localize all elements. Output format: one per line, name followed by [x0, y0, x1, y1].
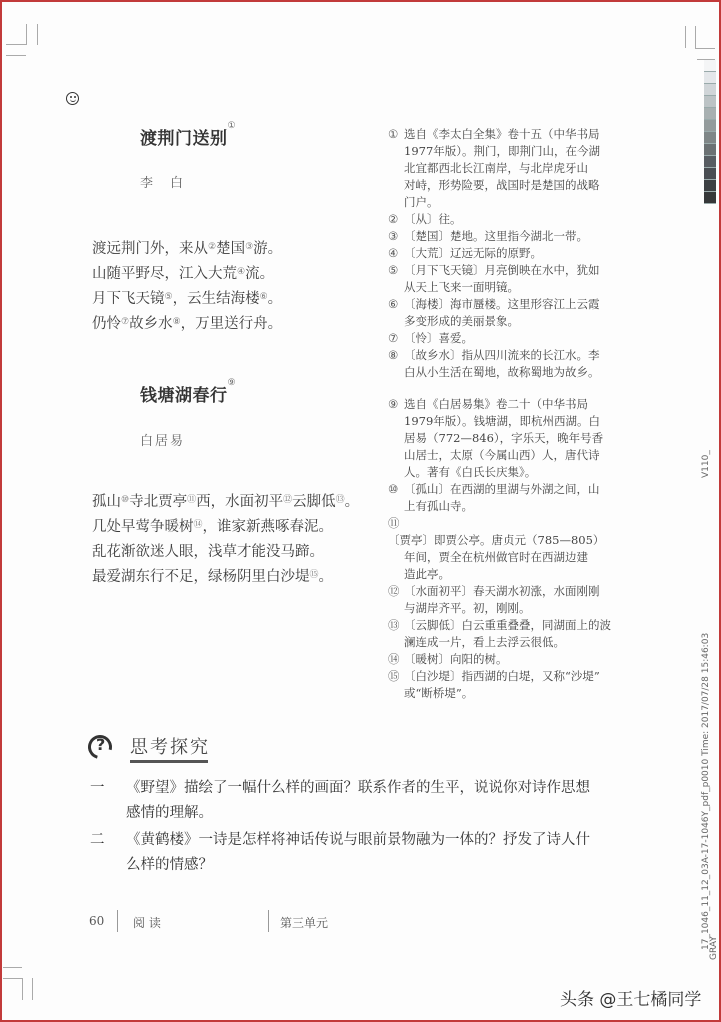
footnote: ⑬〔云脚低〕白云重重叠叠，同湖面上的波澜连成一片，看上去浮云很低。: [388, 617, 616, 651]
color-mode-mark: GRAY: [709, 936, 719, 960]
footnotes-poem1: ①选自《李太白全集》卷十五（中华书局1977年版）。荆门，即荆门山，在今湖北宜都…: [388, 126, 616, 381]
smiley-icon: [66, 92, 79, 105]
section-title: 思考探究: [130, 733, 210, 759]
poem2-title: 钱塘湖春行⑨: [140, 381, 236, 406]
poem1-title: 渡荆门送别①: [140, 124, 236, 149]
poem2-title-text: 钱塘湖春行: [140, 386, 228, 406]
watermark: 头条 @王七橘同学: [560, 985, 701, 1010]
footnote: ⑩〔孤山〕在西湖的里湖与外湖之间，山上有孤山寺。: [388, 481, 616, 515]
poem-line: 仍怜⑦故乡水⑧，万里送行舟。: [92, 312, 282, 337]
crop-mark: [695, 26, 696, 48]
poem-line: 山随平野尽，江入大荒④流。: [92, 262, 282, 287]
footnote: ⑪〔贾亭〕即贾公亭。唐贞元（785—805）年间，贾全在杭州做官时在西湖边建造此…: [388, 515, 616, 583]
question-item: 二 《黄鹤楼》一诗是怎样将神话传说与眼前景物融为一体的？抒发了诗人什 么样的情感…: [90, 828, 610, 878]
crop-mark: [3, 967, 22, 968]
footer-divider: [117, 910, 118, 932]
poem-line: 渡远荆门外，来从②楚国③游。: [92, 237, 282, 262]
footnote: ⑥〔海楼〕海市蜃楼。这里形容江上云霞多变形成的美丽景象。: [388, 296, 616, 330]
poem2-author: 白居易: [140, 430, 185, 449]
question-mark-glyph: ?: [96, 735, 105, 754]
crop-mark: [37, 24, 38, 45]
poem1-author: 李 白: [140, 172, 185, 191]
footnotes-poem2: ⑨选自《白居易集》卷二十（中华书局1979年版）。钱塘湖，即杭州西湖。白居易（7…: [388, 396, 616, 702]
footnote: ⑭〔暖树〕向阳的树。: [388, 651, 616, 668]
crop-mark: [6, 55, 26, 56]
poem-line: 几处早莺争暖树⑭，谁家新燕啄春泥。: [92, 515, 359, 540]
footnote: ⑦〔怜〕喜爱。: [388, 330, 616, 347]
print-job-info: 17_1046_11_12_03A-17-1046Y_pdf_p0010 Tim…: [701, 633, 711, 950]
footnote-ref: ⑨: [228, 378, 237, 388]
footer-divider: [268, 910, 269, 932]
poem-line: 乱花渐欲迷人眼，浅草才能没马蹄。: [92, 540, 359, 565]
crop-mark: [32, 978, 33, 1000]
footnote: ⑫〔水面初平〕春天湖水初涨，水面刚刚与湖岸齐平。初，刚刚。: [388, 583, 616, 617]
crop-mark: [22, 978, 23, 1000]
question-item: 一 《野望》描绘了一幅什么样的画面？联系作者的生平，说说你对诗作思想 感情的理解…: [90, 776, 610, 826]
crop-mark: [26, 24, 27, 45]
footnote: ⑤〔月下飞天镜〕月亮倒映在水中，犹如从天上飞来一面明镜。: [388, 262, 616, 296]
poem-line: 最爱湖东行不足，绿杨阴里白沙堤⑮。: [92, 565, 359, 590]
crop-mark: [695, 48, 715, 49]
section-underline: [130, 760, 208, 763]
poem-line: 孤山⑩寺北贾亭⑪西，水面初平⑫云脚低⑬。: [92, 490, 359, 515]
footnote: ⑧〔故乡水〕指从四川流来的长江水。李白从小生活在蜀地，故称蜀地为故乡。: [388, 347, 616, 381]
footnote: ④〔大荒〕辽远无际的原野。: [388, 245, 616, 262]
question-list: 一 《野望》描绘了一幅什么样的画面？联系作者的生平，说说你对诗作思想 感情的理解…: [90, 776, 610, 878]
footnote: ②〔从〕往。: [388, 211, 616, 228]
footnote: ①选自《李太白全集》卷十五（中华书局1977年版）。荆门，即荆门山，在今湖北宜都…: [388, 126, 616, 211]
footnote-ref: ①: [228, 121, 237, 131]
poem1-title-text: 渡荆门送别: [140, 129, 228, 149]
footnote: ⑮〔白沙堤〕指西湖的白堤，又称“沙堤”或“断桥堤”。: [388, 668, 616, 702]
footer-section: 阅 读: [133, 914, 161, 931]
footer-unit: 第三单元: [280, 914, 328, 931]
crop-mark: [685, 26, 686, 48]
poem-line: 月下飞天镜⑤，云生结海楼⑥。: [92, 287, 282, 312]
crop-mark: [6, 44, 26, 45]
version-mark: V110_: [701, 450, 711, 478]
footnote: ⑨选自《白居易集》卷二十（中华书局1979年版）。钱塘湖，即杭州西湖。白居易（7…: [388, 396, 616, 481]
footnote: ③〔楚国〕楚地。这里指今湖北一带。: [388, 228, 616, 245]
poem2-body: 孤山⑩寺北贾亭⑪西，水面初平⑫云脚低⑬。 几处早莺争暖树⑭，谁家新燕啄春泥。 乱…: [92, 490, 359, 590]
crop-mark: [3, 978, 22, 979]
poem1-body: 渡远荆门外，来从②楚国③游。 山随平野尽，江入大荒④流。 月下飞天镜⑤，云生结海…: [92, 237, 282, 337]
grayscale-calibration-strip: [704, 60, 716, 204]
page-number: 60: [89, 914, 104, 928]
